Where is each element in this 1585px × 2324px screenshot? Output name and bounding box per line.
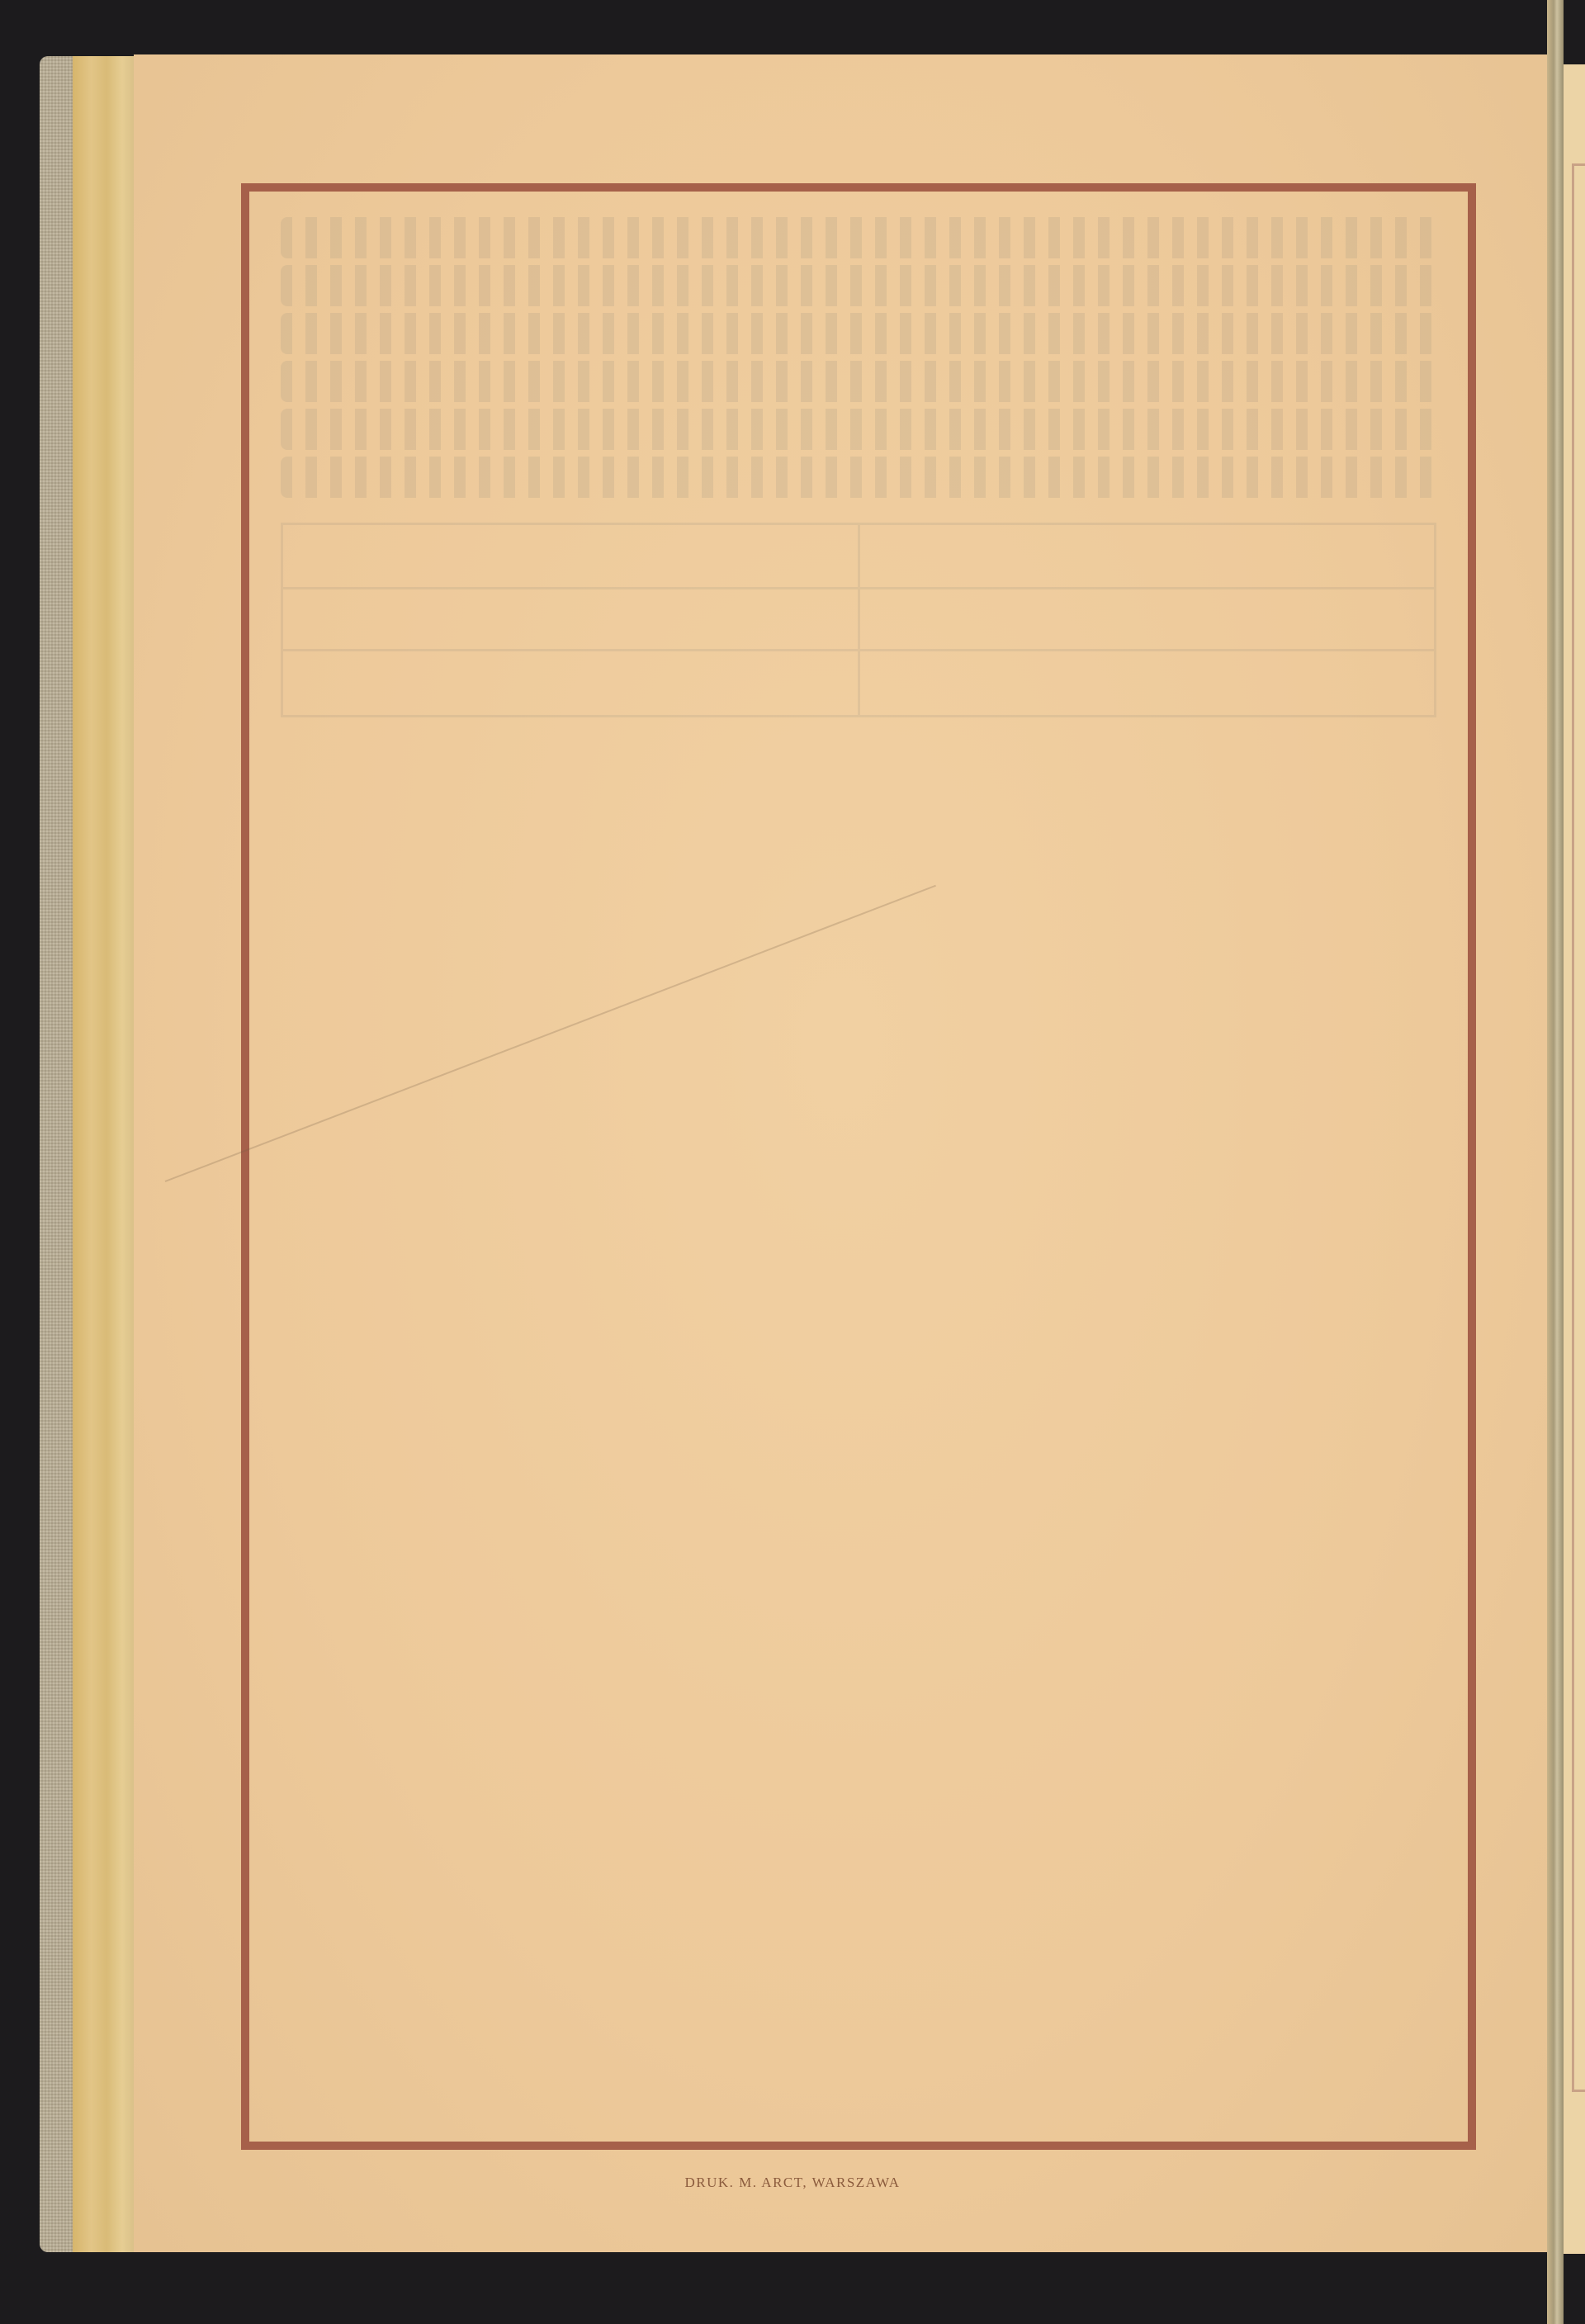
printer-imprint: DRUK. M. ARCT, WARSZAWA [0,2175,1585,2191]
adjacent-page-border [1572,163,1585,2092]
book-gutter [1547,0,1564,2324]
decorative-border-frame [241,183,1476,2150]
adjacent-page [1564,64,1585,2254]
page-edges [73,56,135,2252]
